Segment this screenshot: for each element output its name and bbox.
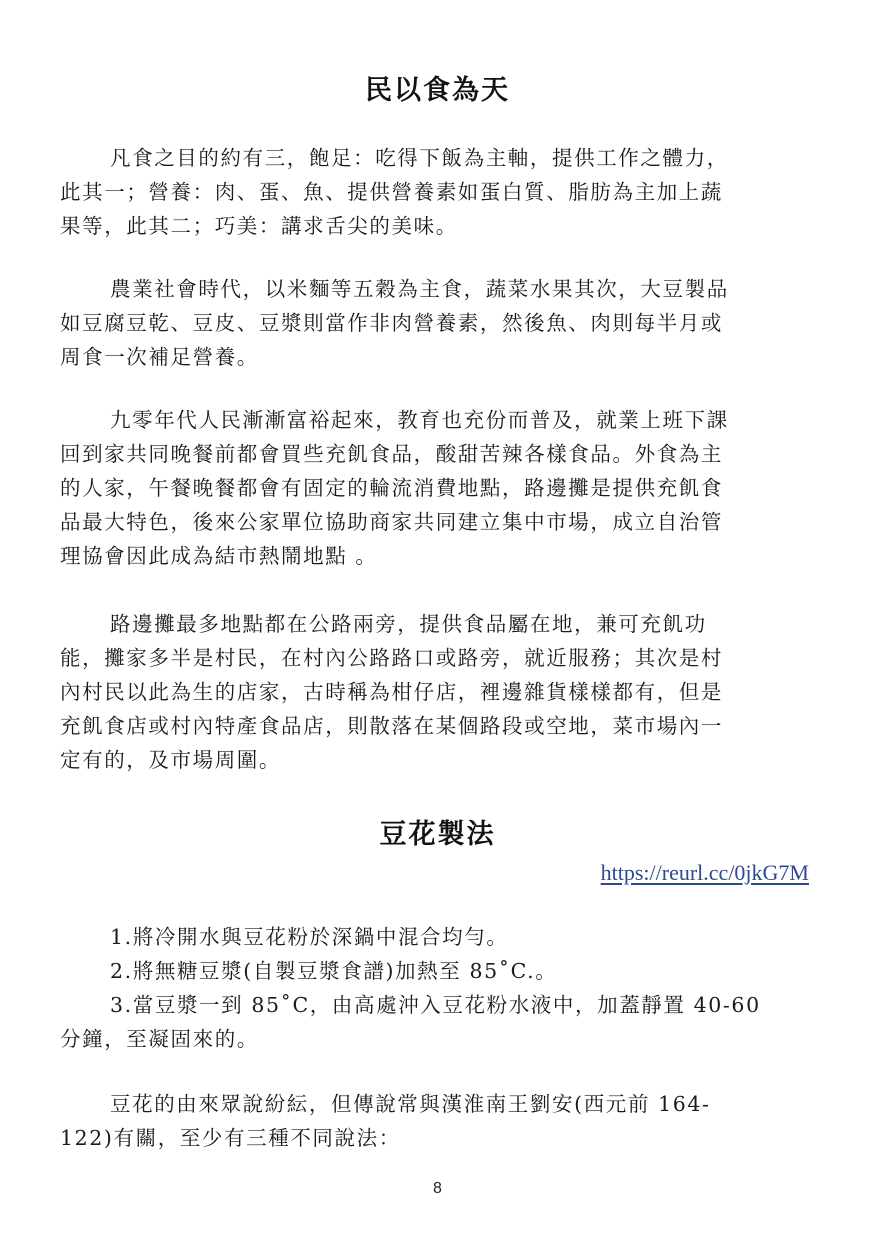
text-line: 豆花的由來眾說紛紜，但傳說常與漢淮南王劉安(西元前 164- [60,1087,810,1121]
text-line: 周食一次補足營養。 [60,340,810,374]
paragraph-street-stalls: 路邊攤最多地點都在公路兩旁，提供食品屬在地，兼可充飢功 能，攤家多半是村民，在村… [60,607,810,777]
paragraph-purpose-of-food: 凡食之目的約有三，飽足：吃得下飯為主軸，提供工作之體力， 此其一；營養：肉、蛋、… [60,141,810,243]
text-line: 充飢食店或村內特產食品店，則散落在某個路段或空地，菜市場內一 [60,709,810,743]
text-line: 內村民以此為生的店家，古時稱為柑仔店，裡邊雜貨樣樣都有，但是 [60,675,810,709]
section-title-douhua: 豆花製法 [0,812,875,851]
text-line: 品最大特色，後來公家單位協助商家共同建立集中市場，成立自治管 [60,505,810,539]
paragraph-agricultural-era: 農業社會時代，以米麵等五穀為主食，蔬菜水果其次，大豆製品 如豆腐豆乾、豆皮、豆漿… [60,272,810,374]
text-line: 122)有關，至少有三種不同說法： [60,1121,810,1155]
text-line: 農業社會時代，以米麵等五穀為主食，蔬菜水果其次，大豆製品 [60,272,810,306]
text-line: 定有的，及市場周圍。 [60,743,810,777]
page-number: 8 [0,1180,875,1198]
text-line: 路邊攤最多地點都在公路兩旁，提供食品屬在地，兼可充飢功 [60,607,810,641]
text-line: 果等，此其二；巧美：講求舌尖的美味。 [60,209,810,243]
text-line: 凡食之目的約有三，飽足：吃得下飯為主軸，提供工作之體力， [60,141,810,175]
text-line: 理協會因此成為結市熱鬧地點 。 [60,539,810,573]
text-line: 九零年代人民漸漸富裕起來，教育也充份而普及，就業上班下課 [60,403,810,437]
recipe-step-3-continued: 分鐘，至凝固來的。 [60,1022,810,1056]
text-line: 的人家，午餐晚餐都會有固定的輪流消費地點，路邊攤是提供充飢食 [60,471,810,505]
paragraph-douhua-origin: 豆花的由來眾說紛紜，但傳說常與漢淮南王劉安(西元前 164- 122)有關，至少… [60,1087,810,1155]
text-line: 回到家共同晚餐前都會買些充飢食品，酸甜苦辣各樣食品。外食為主 [60,437,810,471]
document-page: 民以食為天 凡食之目的約有三，飽足：吃得下飯為主軸，提供工作之體力， 此其一；營… [0,0,875,1240]
text-line: 能，攤家多半是村民，在村內公路路口或路旁，就近服務；其次是村 [60,641,810,675]
recipe-step-1: 1.將冷開水與豆花粉於深鍋中混合均勻。 [60,920,810,954]
recipe-step-3: 3.當豆漿一到 85˚C，由高處沖入豆花粉水液中，加蓋靜置 40-60 [60,988,810,1022]
paragraph-nineties: 九零年代人民漸漸富裕起來，教育也充份而普及，就業上班下課 回到家共同晚餐前都會買… [60,403,810,573]
text-line: 如豆腐豆乾、豆皮、豆漿則當作非肉營養素，然後魚、肉則每半月或 [60,306,810,340]
recipe-step-2: 2.將無糖豆漿(自製豆漿食譜)加熱至 85˚C.。 [60,954,810,988]
section-title-food: 民以食為天 [0,68,875,107]
text-line: 此其一；營養：肉、蛋、魚、提供營養素如蛋白質、脂肪為主加上蔬 [60,175,810,209]
recipe-steps: 1.將冷開水與豆花粉於深鍋中混合均勻。 2.將無糖豆漿(自製豆漿食譜)加熱至 8… [60,920,810,1056]
recipe-link[interactable]: https://reurl.cc/0jkG7M [601,860,809,886]
